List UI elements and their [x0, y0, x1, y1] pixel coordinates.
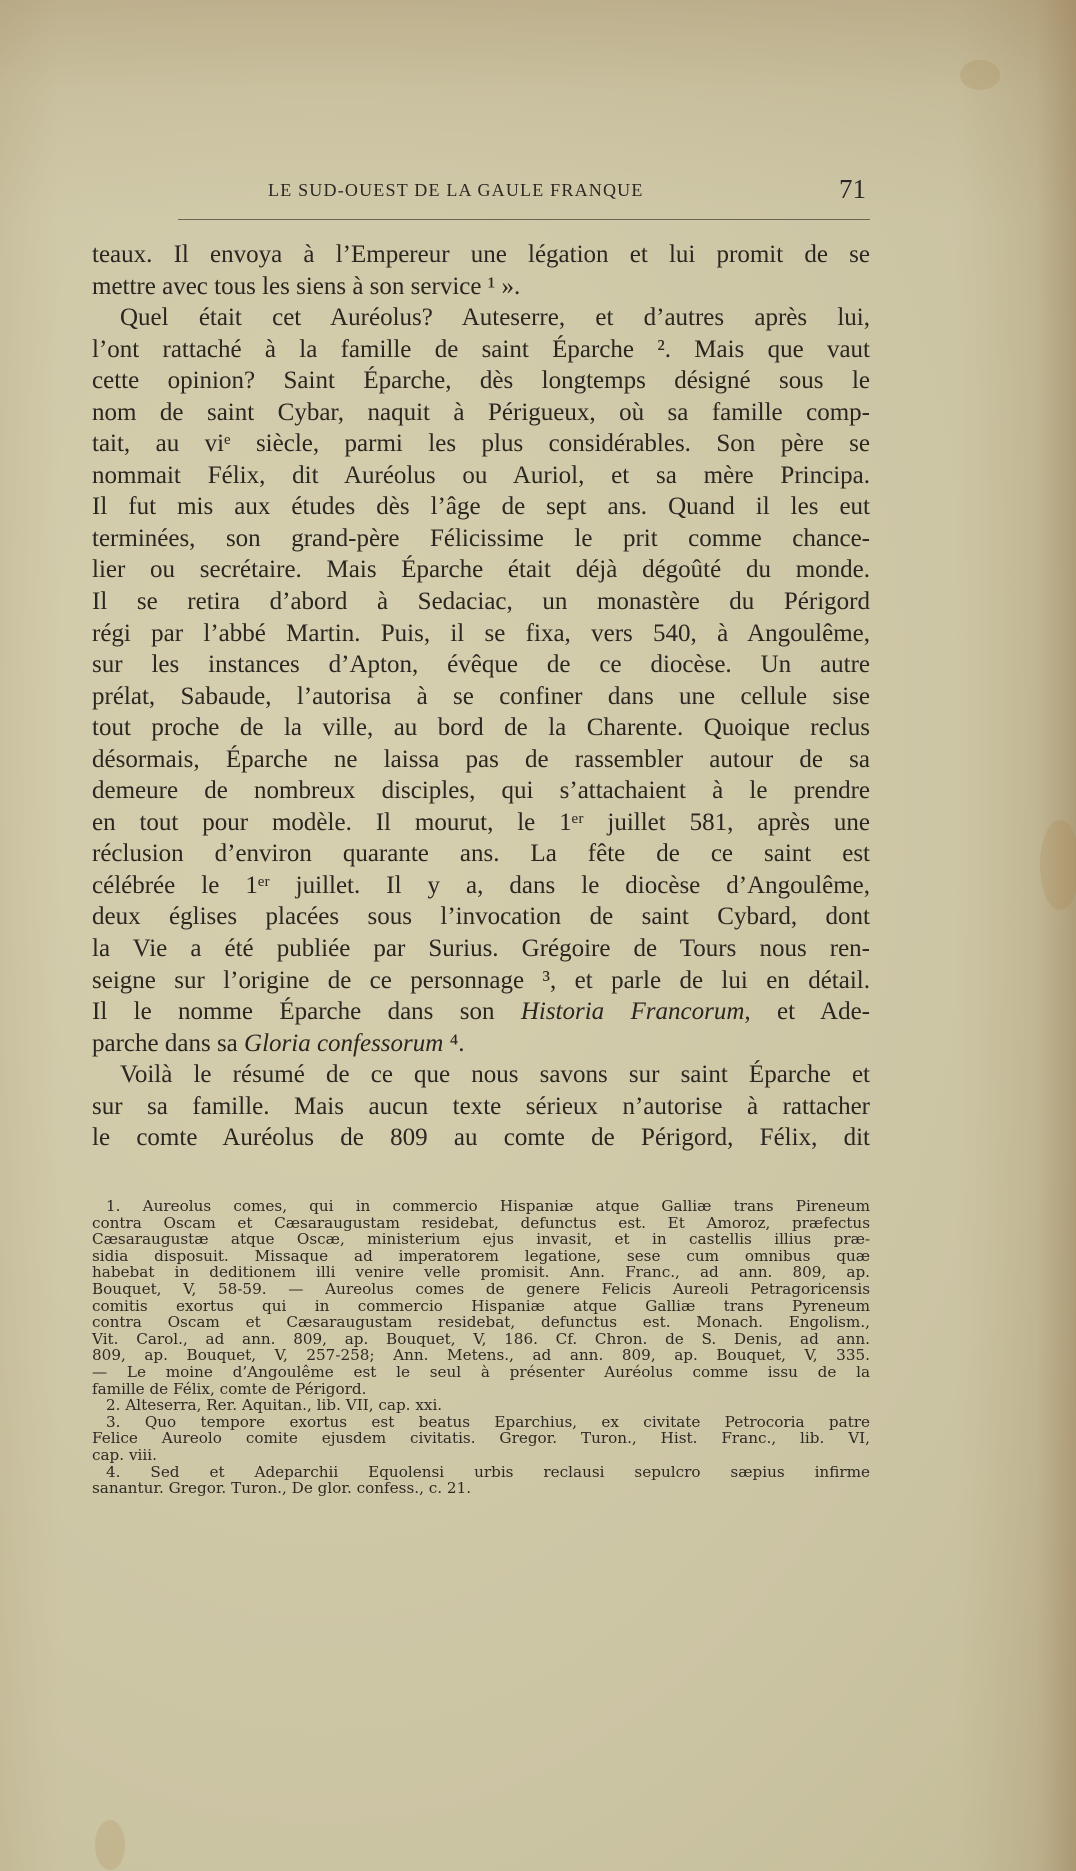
text-line: en tout pour modèle. Il mourut, le 1ᵉʳ j…	[92, 807, 870, 839]
footnote-line: Vit. Carol., ad ann. 809, ap. Bouquet, V…	[92, 1331, 870, 1348]
text-line: Il fut mis aux études dès l’âge de sept …	[92, 491, 870, 523]
footnote-line: contra Oscam et Cæsaraugustam residebat,…	[92, 1215, 870, 1232]
footnotes: 1. Aureolus comes, qui in commercio Hisp…	[92, 1198, 870, 1497]
text-line: lier ou secrétaire. Mais Éparche était d…	[92, 554, 870, 586]
footnote-line: cap. viii.	[92, 1447, 870, 1464]
text-line: Il le nomme Éparche dans son Historia Fr…	[92, 996, 870, 1028]
text-fragment: et Ade-	[751, 998, 870, 1025]
text-fragment: Il le nomme Éparche dans son	[92, 998, 521, 1025]
text-line: nommait Félix, dit Auréolus ou Auriol, e…	[92, 460, 870, 492]
text-line: deux églises placées sous l’invocation d…	[92, 901, 870, 933]
footnote-line: Cæsaraugustæ atque Oscæ, ministerium eju…	[92, 1231, 870, 1248]
text-line: demeure de nombreux disciples, qui s’att…	[92, 775, 870, 807]
text-fragment: parche dans sa	[92, 1030, 244, 1057]
footnote-line: comitis exortus qui in commercio Hispani…	[92, 1298, 870, 1315]
italic-title-historia: Historia Francorum,	[521, 998, 751, 1025]
text-line: nom de saint Cybar, naquit à Périgueux, …	[92, 397, 870, 429]
footnote-line: famille de Félix, comte de Périgord.	[92, 1381, 870, 1398]
footnote-2: 2. Alteserra, Rer. Aquitan., lib. VII, c…	[92, 1397, 870, 1414]
text-line: le comte Auréolus de 809 au comte de Pér…	[92, 1122, 870, 1154]
footnote-line: Bouquet, V, 58-59. — Aureolus comes de g…	[92, 1281, 870, 1298]
footnote-4: 4. Sed et Adeparchii Equolensi urbis rec…	[92, 1464, 870, 1481]
scanned-book-page: LE SUD-OUEST DE LA GAULE FRANQUE 71 teau…	[0, 0, 1076, 1871]
text-line: parche dans sa Gloria confessorum ⁴.	[92, 1028, 870, 1060]
text-line: tait, au viᵉ siècle, parmi les plus cons…	[92, 428, 870, 460]
text-line: Il se retira d’abord à Sedaciac, un mona…	[92, 586, 870, 618]
text-line: réclusion d’environ quarante ans. La fêt…	[92, 838, 870, 870]
footnote-line: habebat in deditionem illi venire velle …	[92, 1264, 870, 1281]
text-line: désormais, Éparche ne laissa pas de rass…	[92, 744, 870, 776]
footnote-line: sanantur. Gregor. Turon., De glor. confe…	[92, 1480, 870, 1497]
paper-stain	[95, 1820, 125, 1870]
footnote-line: 809, ap. Bouquet, V, 257-258; Ann. Meten…	[92, 1347, 870, 1364]
text-line: l’ont rattaché à la famille de saint Épa…	[92, 334, 870, 366]
header-rule	[178, 219, 870, 220]
paragraph-start: Voilà le résumé de ce que nous savons su…	[92, 1059, 870, 1091]
footnote-line: — Le moine d’Angoulême est le seul à pré…	[92, 1364, 870, 1381]
text-line: prélat, Sabaude, l’autorisa à se confine…	[92, 681, 870, 713]
footnote-3: 3. Quo tempore exortus est beatus Eparch…	[92, 1414, 870, 1431]
text-line: mettre avec tous les siens à son service…	[92, 271, 870, 303]
page-number: 71	[839, 174, 866, 205]
text-line: régi par l’abbé Martin. Puis, il se fixa…	[92, 618, 870, 650]
text-line: sur les instances d’Apton, évêque de ce …	[92, 649, 870, 681]
running-title: LE SUD-OUEST DE LA GAULE FRANQUE	[268, 180, 644, 201]
text-line: célébrée le 1ᵉʳ juillet. Il y a, dans le…	[92, 870, 870, 902]
text-line: terminées, son grand-père Félicissime le…	[92, 523, 870, 555]
running-header: LE SUD-OUEST DE LA GAULE FRANQUE 71	[92, 178, 868, 208]
paragraph-start: Quel était cet Auréolus? Auteserre, et d…	[92, 302, 870, 334]
paper-stain	[1040, 820, 1076, 910]
footnote-line: sidia disposuit. Missaque ad imperatorem…	[92, 1248, 870, 1265]
footnote-1: 1. Aureolus comes, qui in commercio Hisp…	[92, 1198, 870, 1215]
text-line: la Vie a été publiée par Surius. Grégoir…	[92, 933, 870, 965]
body-text: teaux. Il envoya à l’Empereur une légati…	[92, 239, 870, 1154]
text-line: teaux. Il envoya à l’Empereur une légati…	[92, 239, 870, 271]
paper-stain	[960, 60, 1000, 90]
text-line: cette opinion? Saint Éparche, dès longte…	[92, 365, 870, 397]
footnote-ref: ⁴.	[443, 1030, 464, 1057]
footnote-line: Felice Aureolo comite ejusdem civitatis.…	[92, 1430, 870, 1447]
text-line: tout proche de la ville, au bord de la C…	[92, 712, 870, 744]
italic-title-gloria: Gloria confessorum	[244, 1030, 443, 1057]
text-line: seigne sur l’origine de ce personnage ³,…	[92, 965, 870, 997]
footnote-line: contra Oscam et Cæsaraugustam residebat,…	[92, 1314, 870, 1331]
text-line: sur sa famille. Mais aucun texte sérieux…	[92, 1091, 870, 1123]
